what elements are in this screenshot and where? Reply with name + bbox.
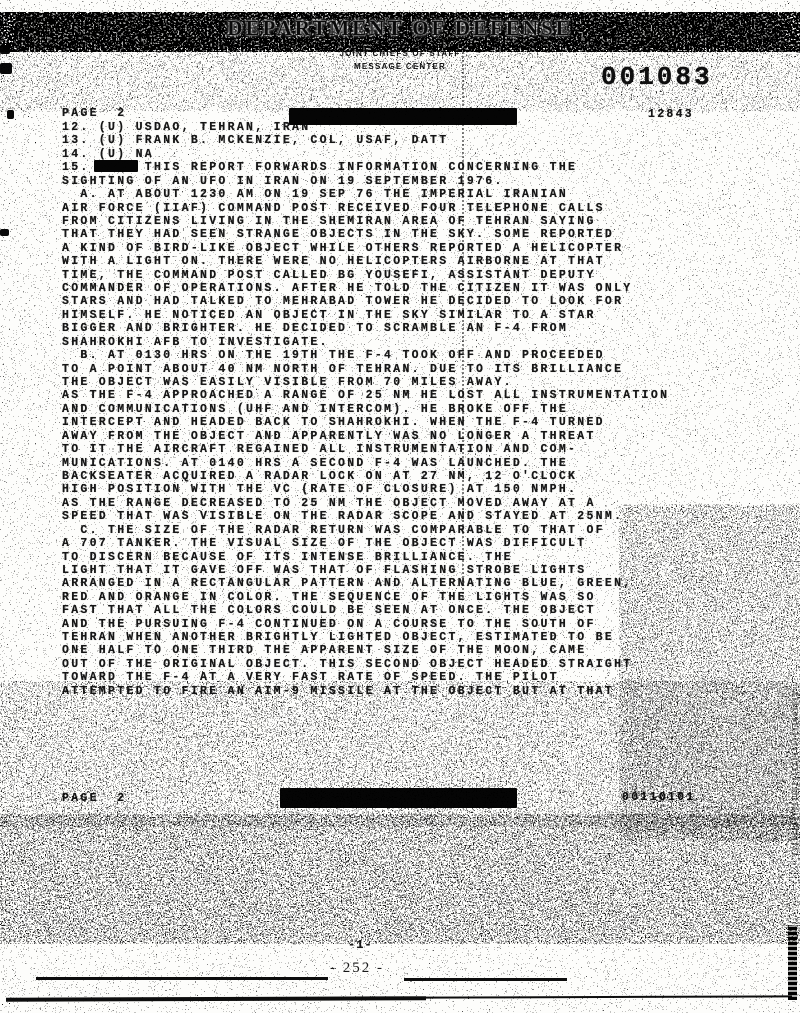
book-page-number: - 252 - bbox=[330, 960, 384, 977]
text-line: SHAHROKHI AFB TO INVESTIGATE. bbox=[62, 336, 669, 349]
message-body: 12. (U) USDAO, TEHRAN, IRAN13. (U) FRANK… bbox=[62, 121, 669, 698]
document-control-number: 001083 bbox=[601, 62, 713, 92]
text-line: HIMSELF. HE NOTICED AN OBJECT IN THE SKY… bbox=[62, 309, 669, 322]
text-line: FROM CITIZENS LIVING IN THE SHEMIRAN ARE… bbox=[62, 215, 669, 228]
text-line: TO IT THE AIRCRAFT REGAINED ALL INSTRUME… bbox=[62, 443, 669, 456]
text-line: HIGH POSITION WITH THE VC (RATE OF CLOSU… bbox=[62, 483, 669, 496]
scanned-document-page: DEPARTMENT OF DEFENSE JOINT CHIEFS OF ST… bbox=[0, 0, 800, 1013]
text-line: AND THE PURSUING F-4 CONTINUED ON A COUR… bbox=[62, 618, 669, 631]
text-line: OUT OF THE ORIGINAL OBJECT. THIS SECOND … bbox=[62, 658, 669, 671]
bottom-rule-right bbox=[404, 978, 567, 981]
text-line: 14. (U) NA bbox=[62, 148, 669, 161]
text-line: LIGHT THAT IT GAVE OFF WAS THAT OF FLASH… bbox=[62, 564, 669, 577]
text-line: AWAY FROM THE OBJECT AND APPARENTLY WAS … bbox=[62, 430, 669, 443]
text-line: B. AT 0130 HRS ON THE 19TH THE F-4 TOOK … bbox=[62, 349, 669, 362]
text-line: AS THE RANGE DECREASED TO 25 NM THE OBJE… bbox=[62, 497, 669, 510]
text-line: A 707 TANKER. THE VISUAL SIZE OF THE OBJ… bbox=[62, 537, 669, 550]
text-line: AIR FORCE (IIAF) COMMAND POST RECEIVED F… bbox=[62, 202, 669, 215]
text-line: 13. (U) FRANK B. MCKENZIE, COL, USAF, DA… bbox=[62, 134, 669, 147]
text-line: TIME, THE COMMAND POST CALLED BG YOUSEFI… bbox=[62, 269, 669, 282]
text-line: MUNICATIONS. AT 0140 HRS A SECOND F-4 WA… bbox=[62, 457, 669, 470]
header-serial-number: 12843 bbox=[648, 108, 694, 121]
text-line: COMMANDER OF OPERATIONS. AFTER HE TOLD T… bbox=[62, 282, 669, 295]
text-line: SPEED THAT WAS VISIBLE ON THE RADAR SCOP… bbox=[62, 510, 669, 523]
footer-page-label: PAGE 2 bbox=[62, 792, 126, 805]
text-line: THAT THEY HAD SEEN STRANGE OBJECTS IN TH… bbox=[62, 228, 669, 241]
text-line: TO DISCERN BECAUSE OF ITS INTENSE BRILLI… bbox=[62, 551, 669, 564]
scan-artifact-right-edge bbox=[788, 925, 797, 1000]
bottom-edge-rule-thick bbox=[6, 996, 426, 1001]
text-line: WITH A LIGHT ON. THERE WERE NO HELICOPTE… bbox=[62, 255, 669, 268]
text-line: TOWARD THE F-4 AT A VERY FAST RATE OF SP… bbox=[62, 671, 669, 684]
text-line: SIGHTING OF AN UFO IN IRAN ON 19 SEPTEMB… bbox=[62, 175, 669, 188]
redaction-inline-item-15 bbox=[94, 160, 138, 172]
text-line: FAST THAT ALL THE COLORS COULD BE SEEN A… bbox=[62, 604, 669, 617]
text-line: A KIND OF BIRD-LIKE OBJECT WHILE OTHERS … bbox=[62, 242, 669, 255]
redaction-bar-header bbox=[289, 108, 517, 125]
text-line: TEHRAN WHEN ANOTHER BRIGHTLY LIGHTED OBJ… bbox=[62, 631, 669, 644]
text-line: ONE HALF TO ONE THIRD THE APPARENT SIZE … bbox=[62, 644, 669, 657]
scan-artifact-right-edge bbox=[792, 690, 798, 855]
text-line: THE OBJECT WAS EASILY VISIBLE FROM 70 MI… bbox=[62, 376, 669, 389]
bottom-rule-left bbox=[36, 977, 328, 980]
text-line: C. THE SIZE OF THE RADAR RETURN WAS COMP… bbox=[62, 524, 669, 537]
text-line: ARRANGED IN A RECTANGULAR PATTERN AND AL… bbox=[62, 577, 669, 590]
text-line: TO A POINT ABOUT 40 NM NORTH OF TEHRAN. … bbox=[62, 363, 669, 376]
joint-chiefs-subtitle: JOINT CHIEFS OF STAFF bbox=[0, 49, 800, 58]
department-title: DEPARTMENT OF DEFENSE bbox=[0, 16, 800, 41]
text-line: STARS AND HAD TALKED TO MEHRABAD TOWER H… bbox=[62, 295, 669, 308]
footer-serial-number: 00110101 bbox=[622, 791, 696, 804]
text-line: A. AT ABOUT 1230 AM ON 19 SEP 76 THE IMP… bbox=[62, 188, 669, 201]
bottom-edge-rule-thin bbox=[420, 995, 792, 998]
page-number-center: -1- bbox=[348, 938, 373, 952]
scan-artifact bbox=[7, 110, 14, 119]
scan-artifact bbox=[0, 229, 9, 236]
text-line: ATTEMPTED TO FIRE AN AIM-9 MISSILE AT TH… bbox=[62, 685, 669, 698]
text-line: BACKSEATER ACQUIRED A RADAR LOCK ON AT 2… bbox=[62, 470, 669, 483]
text-line: 15. THIS REPORT FORWARDS INFORMATION CON… bbox=[62, 161, 669, 174]
text-line: INTERCEPT AND HEADED BACK TO SHAHROKHI. … bbox=[62, 416, 669, 429]
text-line: RED AND ORANGE IN COLOR. THE SEQUENCE OF… bbox=[62, 591, 669, 604]
text-line: AND COMMUNICATIONS (UHF AND INTERCOM). H… bbox=[62, 403, 669, 416]
header-page-label: PAGE 2 bbox=[62, 107, 126, 120]
text-line: BIGGER AND BRIGHTER. HE DECIDED TO SCRAM… bbox=[62, 322, 669, 335]
text-line: AS THE F-4 APPROACHED A RANGE OF 25 NM H… bbox=[62, 389, 669, 402]
redaction-bar-footer bbox=[280, 788, 517, 808]
